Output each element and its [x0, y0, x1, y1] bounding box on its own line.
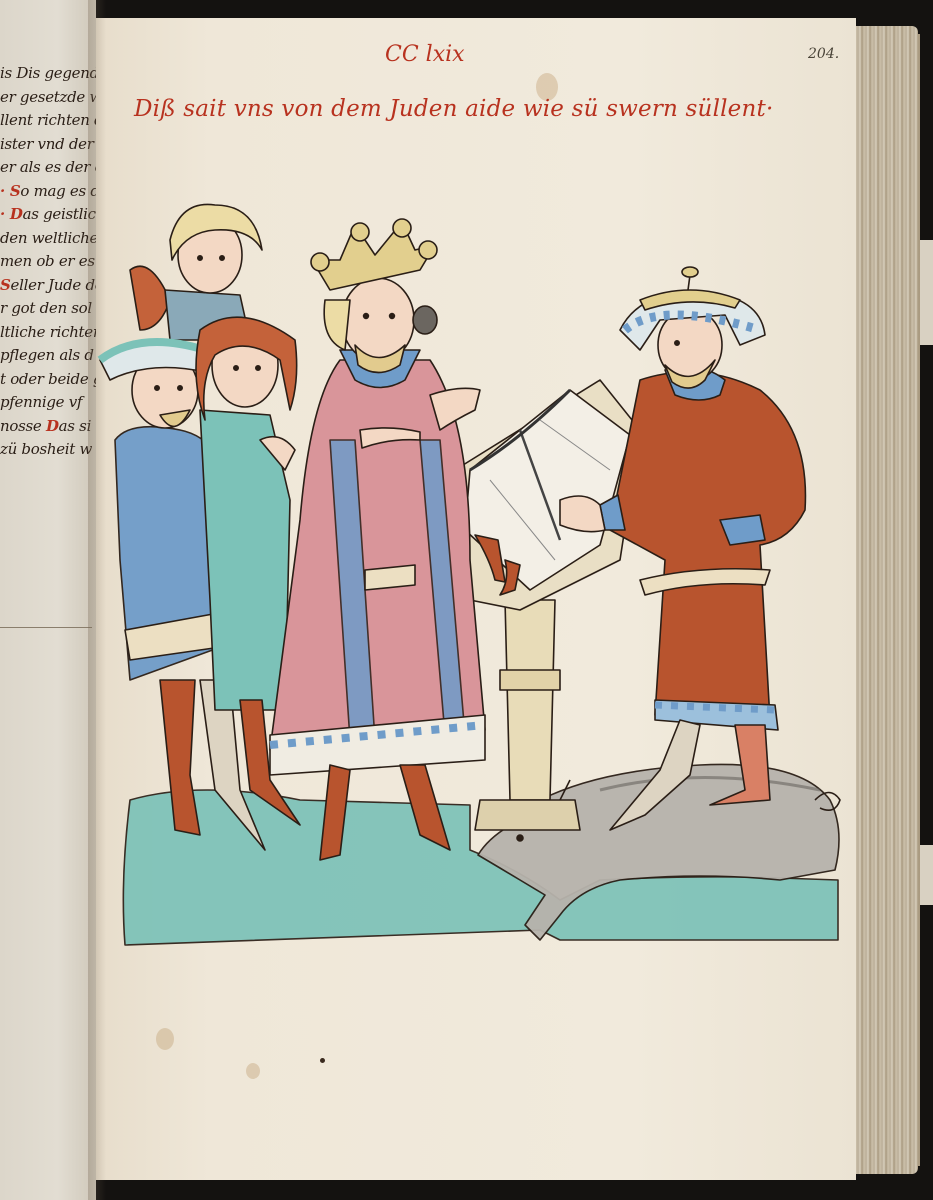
stain: [156, 1028, 174, 1050]
page-crease: [0, 627, 92, 628]
text-line: ister vnd der gr: [0, 133, 96, 157]
stain: [246, 1063, 260, 1079]
text-line: is Dis gegend: [0, 62, 96, 86]
text-line: Seller Jude de g: [0, 274, 96, 298]
left-page-text: is Dis gegend er gesetzde wel llent rich…: [0, 62, 96, 462]
text-line: pfennige vf: [0, 391, 96, 415]
left-page: is Dis gegend er gesetzde wel llent rich…: [0, 0, 96, 1200]
rubric-initial: · S: [0, 182, 20, 200]
text-line: nosse Das si: [0, 415, 96, 439]
text-line: zü bosheit w: [0, 438, 96, 462]
text-line: men ob er es wi: [0, 250, 96, 274]
page-marker-tab: [920, 845, 933, 905]
text-line: · Das geistlich: [0, 203, 96, 227]
text-line: llent richten de: [0, 109, 96, 133]
folio-number: 204.: [808, 46, 839, 62]
page-fore-edge: [850, 26, 918, 1174]
rubric-initial: D: [46, 417, 59, 435]
text-line: pflegen als d: [0, 344, 96, 368]
text-line: er als es der ei: [0, 156, 96, 180]
text-line: · So mag es de: [0, 180, 96, 204]
rubric-initial: · D: [0, 205, 23, 223]
text-line: er gesetzde wel: [0, 86, 96, 110]
text-line: r got den sol vo: [0, 297, 96, 321]
text-line: den weltliche d: [0, 227, 96, 251]
text-line: ltliche richter: [0, 321, 96, 345]
folio-heading: CC lxix: [385, 42, 465, 67]
text-line: t oder beide g: [0, 368, 96, 392]
chapter-rubric: Diß sait vns von dem Juden aide wie sü s…: [134, 96, 773, 122]
figure-king: [270, 219, 485, 860]
page-marker-tab: [920, 240, 933, 345]
illustration: [96, 190, 856, 970]
ink-dot: [320, 1058, 325, 1063]
rubric-initial: S: [0, 276, 11, 294]
